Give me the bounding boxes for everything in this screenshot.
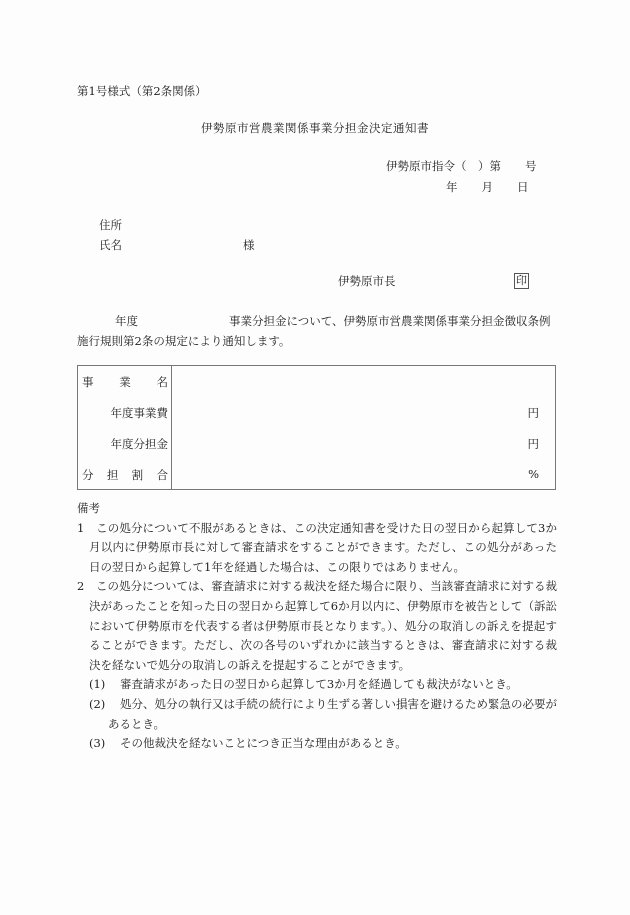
table-row: 事 業 名 [78, 371, 555, 391]
table-row: 分 担 割 合 % [78, 464, 555, 484]
remark-sub-item: (1)審査請求があった日の翌日から起算して3か月を経過しても裁決がないとき。 [77, 675, 557, 695]
label-char: 分 [82, 467, 94, 483]
date-day: 日 [517, 182, 529, 194]
sub-item-text: その他裁決を経ないことにつき正当な理由があるとき。 [120, 736, 407, 750]
reference-suffix: 号 [525, 161, 537, 173]
fiscal-year-label: 年度 [77, 311, 229, 331]
row-label-share-ratio: 分 担 割 合 [82, 467, 168, 483]
remark-text: この処分については、審査請求に対する裁決を経た場合に限り、当該審査請求に対する裁… [89, 579, 557, 671]
row-label-allotment: 年度分担金 [82, 436, 168, 452]
row-unit-percent: % [528, 467, 539, 481]
remark-number: 1 [77, 519, 96, 539]
row-label-project-cost: 年度事業費 [82, 405, 168, 421]
remarks-section: 備考 1この処分について不服があるときは、この決定通知書を受けた日の翌日から起算… [77, 499, 557, 754]
reference-prefix: 伊勢原市指令（ ）第 [386, 161, 501, 173]
reference-number: 伊勢原市指令（ ）第号 [386, 161, 537, 173]
table-row: 年度事業費 円 [78, 402, 555, 422]
label-char: 業 [119, 374, 131, 390]
row-unit-yen: 円 [528, 405, 540, 421]
address-label: 住所 [99, 220, 122, 232]
row-unit-yen: 円 [528, 436, 540, 452]
sub-item-number: (2) [89, 695, 120, 715]
label-char: 担 [107, 467, 119, 483]
issuer-title: 伊勢原市長 [338, 276, 396, 288]
remark-text: この処分について不服があるときは、この決定通知書を受けた日の翌日から起算して3か… [89, 521, 557, 574]
label-char: 割 [132, 467, 144, 483]
remark-item: 2この処分については、審査請求に対する裁決を経た場合に限り、当該審査請求に対する… [77, 577, 557, 675]
row-label-project-name: 事 業 名 [82, 374, 168, 390]
document-title: 伊勢原市営農業関係事業分担金決定通知書 [0, 123, 630, 135]
sub-item-text: 審査請求があった日の翌日から起算して3か月を経過しても裁決がないとき。 [120, 677, 518, 691]
sub-item-number: (1) [89, 675, 120, 695]
remark-sub-item: (3)その他裁決を経ないことにつき正当な理由があるとき。 [77, 734, 557, 754]
issue-date: 年月日 [446, 182, 529, 194]
remarks-heading: 備考 [77, 499, 557, 519]
date-month: 月 [482, 182, 494, 194]
form-number: 第1号様式（第2条関係） [77, 86, 207, 98]
remark-number: 2 [77, 577, 96, 597]
table-row: 年度分担金 円 [78, 433, 555, 453]
sub-item-number: (3) [89, 734, 120, 754]
name-label: 氏名 [99, 240, 122, 252]
notice-body: 年度事業分担金について、伊勢原市営農業関係事業分担金徴収条例施行規則第2条の規定… [77, 311, 557, 351]
label-char: 合 [156, 467, 168, 483]
details-table: 事 業 名 年度事業費 円 年度分担金 円 分 担 割 合 % [77, 365, 556, 490]
remark-item: 1この処分について不服があるときは、この決定通知書を受けた日の翌日から起算して3… [77, 519, 557, 578]
date-year: 年 [446, 182, 458, 194]
sub-item-text: 処分、処分の執行又は手続の続行により生ずる著しい損害を避けるため緊急の必要がある… [108, 697, 557, 731]
label-char: 名 [157, 374, 169, 390]
remark-sub-item: (2)処分、処分の執行又は手続の続行により生ずる著しい損害を避けるため緊急の必要… [77, 695, 557, 734]
seal-mark: 印 [514, 273, 529, 289]
honorific: 様 [243, 240, 255, 252]
label-char: 事 [82, 374, 94, 390]
